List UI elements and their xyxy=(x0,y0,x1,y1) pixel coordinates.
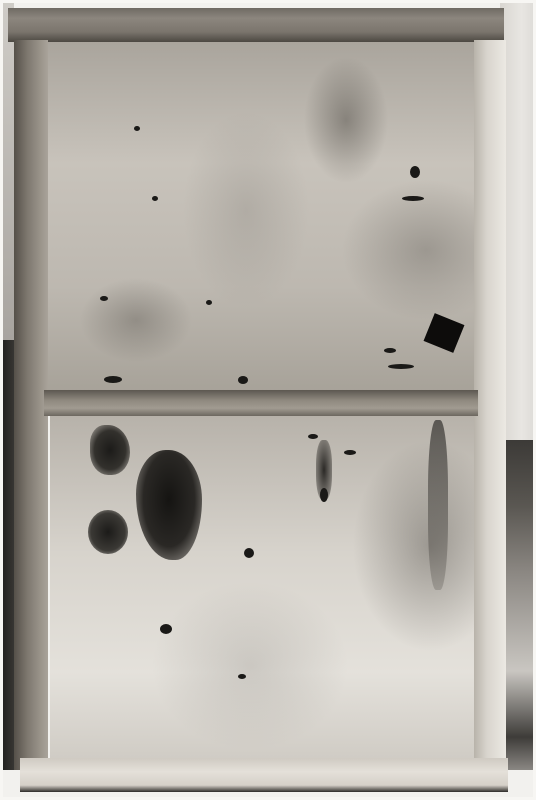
speck xyxy=(410,166,420,178)
frame-top-bar xyxy=(8,8,504,42)
speck xyxy=(244,548,254,558)
frame-right-bar xyxy=(474,40,506,770)
frame-crossbar xyxy=(44,390,478,416)
speck xyxy=(206,300,212,305)
speck xyxy=(100,296,108,301)
frame-left-bar xyxy=(14,40,48,770)
speck xyxy=(384,348,396,353)
speck xyxy=(344,450,356,455)
photograph xyxy=(0,0,536,800)
speck xyxy=(104,376,122,383)
frame-bottom-bar xyxy=(20,758,508,792)
stain-cluster xyxy=(90,425,130,475)
speck xyxy=(308,434,318,439)
speck xyxy=(238,674,246,679)
canvas-upper-panel xyxy=(46,40,476,392)
speck xyxy=(320,488,328,502)
speck xyxy=(402,196,424,201)
speck xyxy=(388,364,414,369)
speck xyxy=(238,376,248,384)
speck xyxy=(134,126,140,131)
speck xyxy=(160,624,172,634)
stain-streak xyxy=(428,420,448,590)
background-left xyxy=(0,0,14,340)
speck xyxy=(152,196,158,201)
background-wall-lower xyxy=(505,440,536,770)
stain xyxy=(88,510,128,554)
